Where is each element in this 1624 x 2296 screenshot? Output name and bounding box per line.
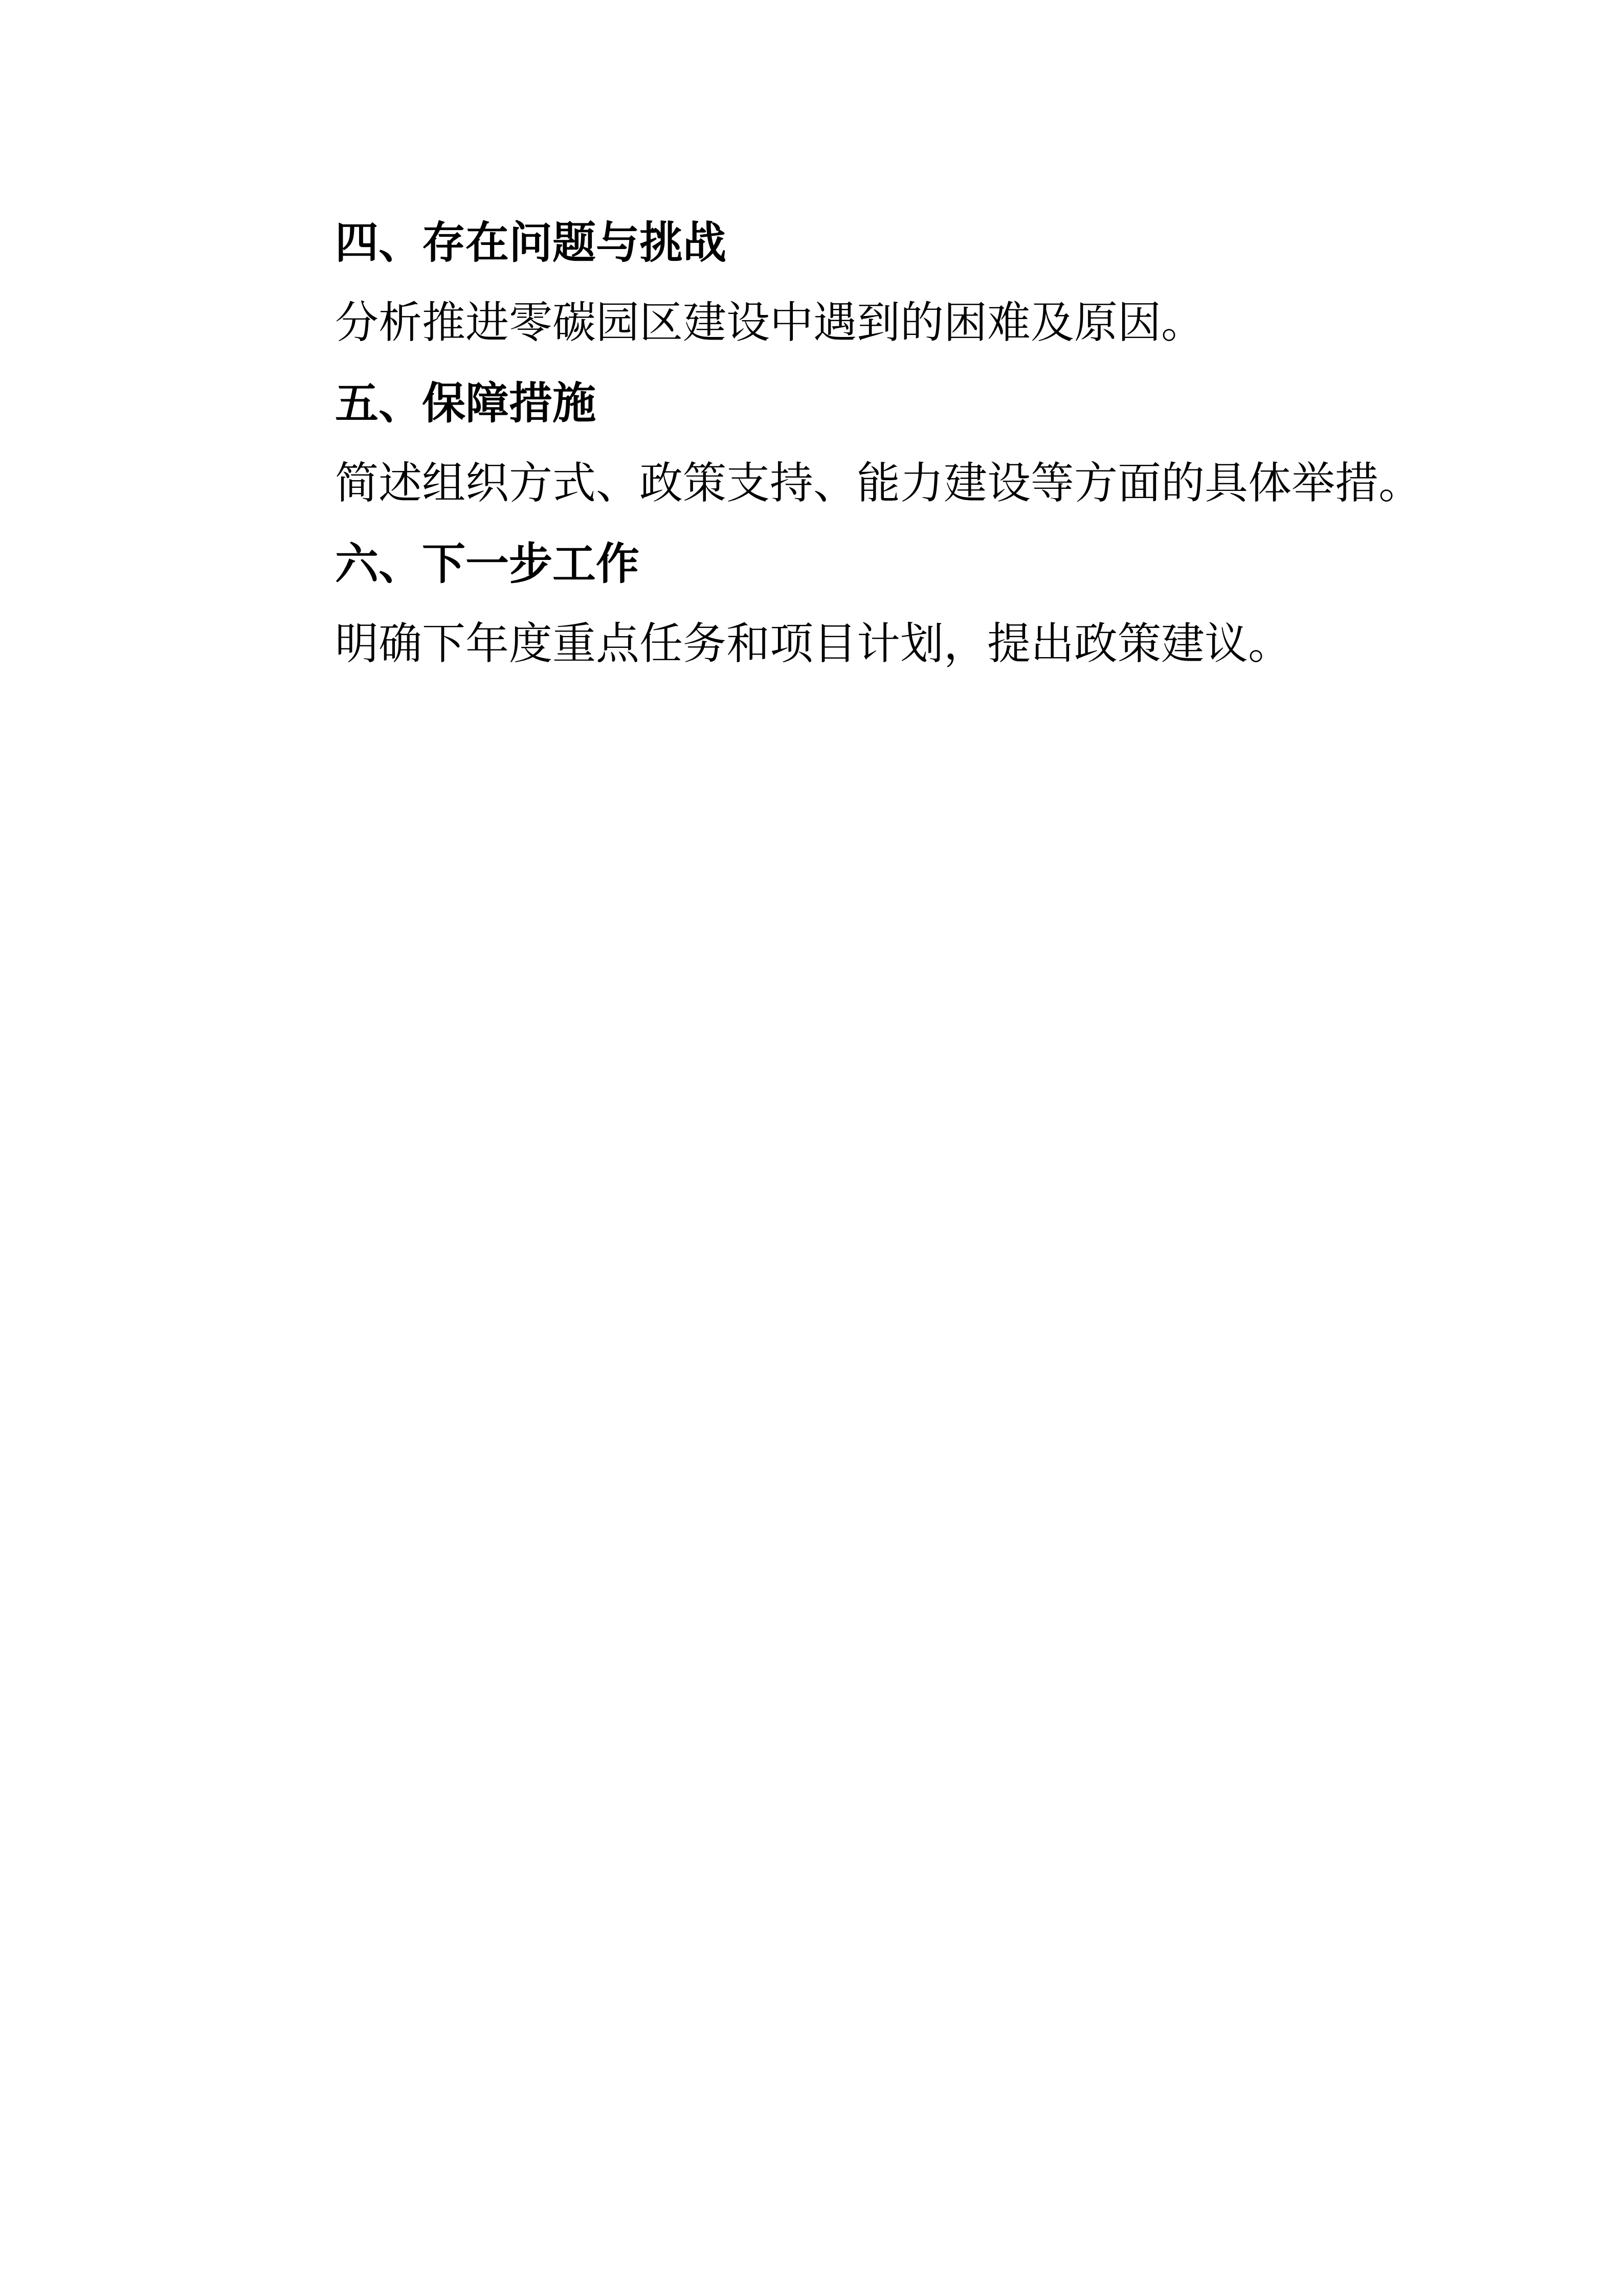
section-body-safeguard-measures: 简述组织方式、政策支持、能力建设等方面的具体举措。	[335, 444, 1481, 524]
section-heading-safeguard-measures: 五、保障措施	[335, 364, 1481, 444]
document-page: 四、存在问题与挑战 分析推进零碳园区建设中遇到的困难及原因。 五、保障措施 简述…	[0, 0, 1624, 2296]
section-heading-next-steps: 六、下一步工作	[335, 524, 1481, 604]
section-body-next-steps: 明确下年度重点任务和项目计划，提出政策建议。	[335, 604, 1481, 685]
document-content: 四、存在问题与挑战 分析推进零碳园区建设中遇到的困难及原因。 五、保障措施 简述…	[335, 203, 1481, 685]
section-body-problems-challenges: 分析推进零碳园区建设中遇到的困难及原因。	[335, 283, 1481, 364]
section-heading-problems-challenges: 四、存在问题与挑战	[335, 203, 1481, 283]
